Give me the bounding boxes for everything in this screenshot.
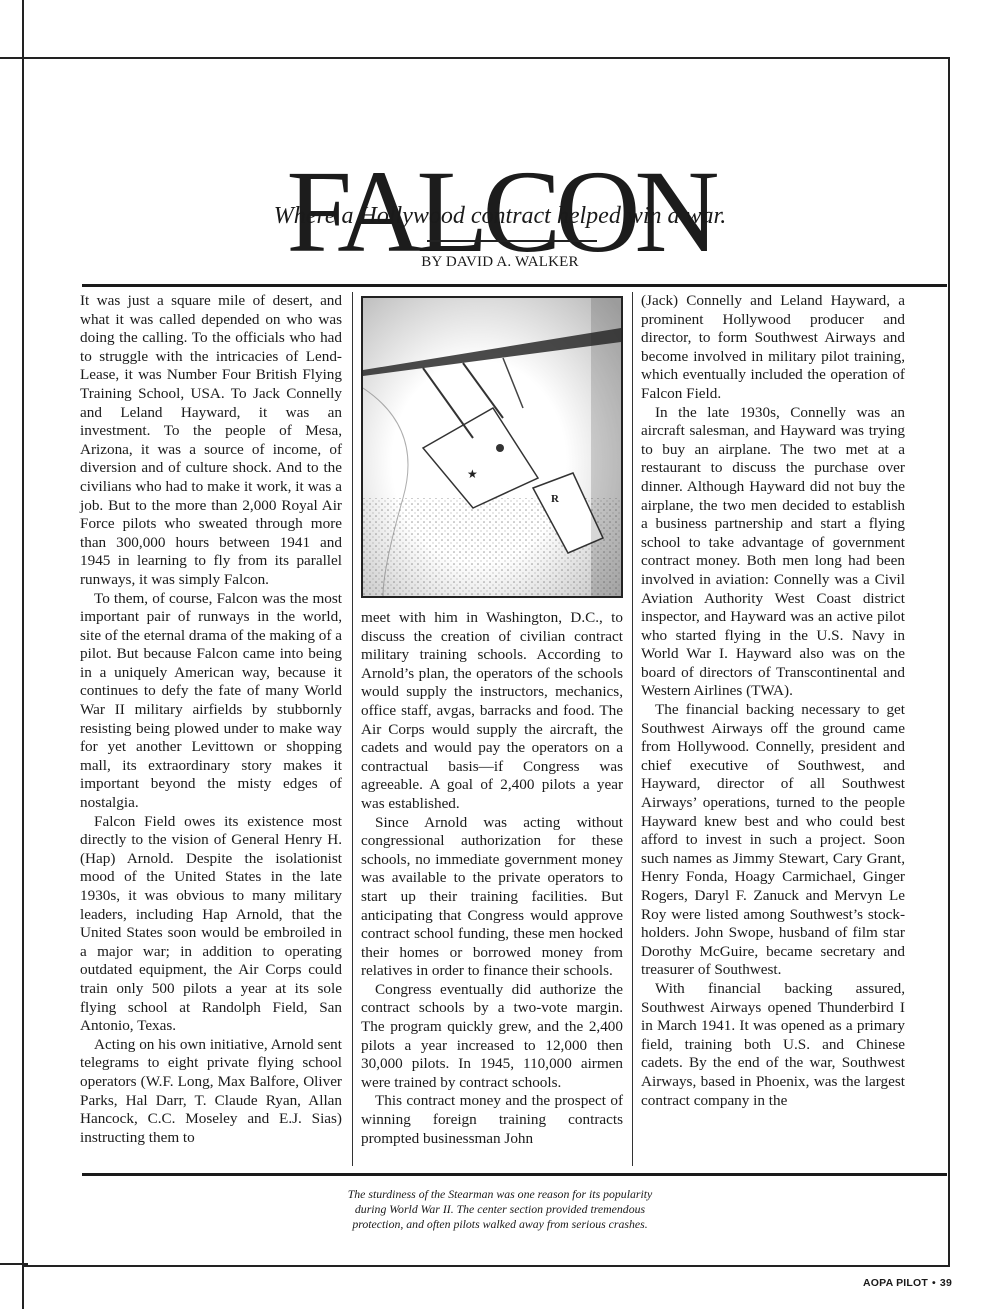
- column-separator: [352, 292, 353, 1166]
- paragraph: (Jack) Connelly and Leland Hayward, a pr…: [641, 292, 905, 404]
- stearman-photo: ★ R: [361, 296, 623, 598]
- paragraph: Since Arnold was acting without congress…: [361, 814, 623, 981]
- article-column-1: It was just a square mile of desert, and…: [80, 292, 342, 1147]
- publication-name: AOPA PILOT: [863, 1277, 928, 1289]
- paragraph: Congress eventually did authorize the co…: [361, 981, 623, 1093]
- paragraph: Acting on his own initiative, Arnold sen…: [80, 1036, 342, 1148]
- biplane-image-icon: ★ R: [363, 298, 621, 596]
- paragraph: To them, of course, Falcon was the most …: [80, 590, 342, 813]
- article-subtitle: Where a Hollywood contract helped win a …: [0, 203, 1000, 230]
- paragraph: It was just a square mile of desert, and…: [80, 292, 342, 590]
- photo-caption: The sturdiness of the Stearman was one r…: [340, 1187, 660, 1232]
- paragraph: Falcon Field owes its existence most dir…: [80, 813, 342, 1036]
- paragraph: In the late 1930s, Connelly was an aircr…: [641, 404, 905, 702]
- paragraph: With financial backing assured, Southwes…: [641, 980, 905, 1110]
- subtitle-rule: [427, 240, 597, 242]
- column-separator: [632, 292, 633, 1166]
- bullet-separator: •: [932, 1277, 936, 1289]
- page-folio: AOPA PILOT•39: [863, 1277, 952, 1289]
- byline: BY DAVID A. WALKER: [0, 254, 1000, 271]
- top-rule: [82, 284, 947, 287]
- paragraph: This contract money and the pros­pect of…: [361, 1092, 623, 1148]
- paragraph: The financial backing necessary to get S…: [641, 701, 905, 980]
- svg-text:★: ★: [467, 467, 478, 481]
- bottom-rule: [82, 1173, 947, 1176]
- paragraph: meet with him in Washington, D.C., to di…: [361, 609, 623, 814]
- page-number: 39: [940, 1277, 952, 1289]
- svg-text:R: R: [551, 493, 560, 505]
- article-column-2: meet with him in Washington, D.C., to di…: [361, 609, 623, 1148]
- article-column-3: (Jack) Connelly and Leland Hayward, a pr…: [641, 292, 905, 1110]
